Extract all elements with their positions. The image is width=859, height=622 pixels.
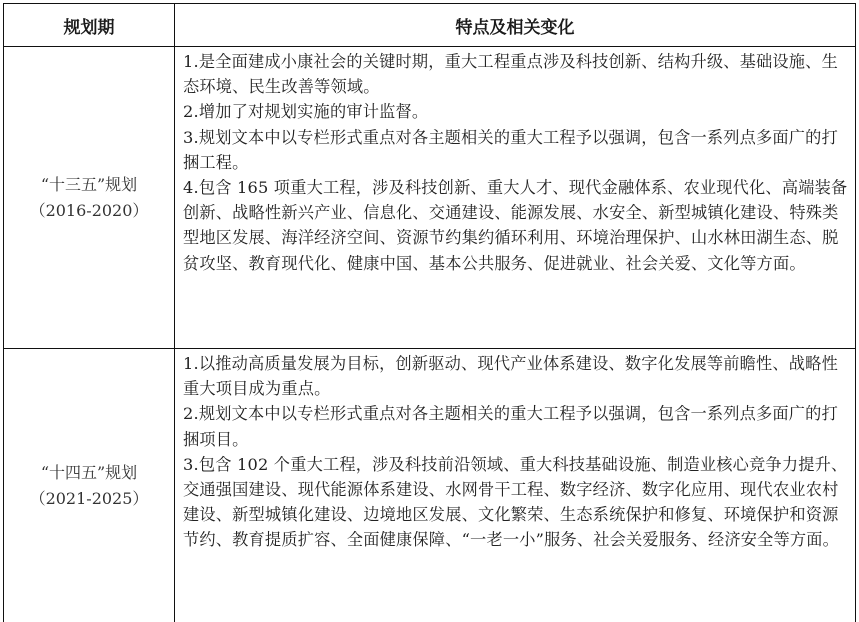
feature-item: 2.增加了对规划实施的审计监督。: [183, 99, 849, 124]
period-cell: “十三五”规划 （2016-2020）: [4, 47, 175, 349]
feature-item: 2.规划文本中以专栏形式重点对各主题相关的重大工程予以强调，包含一系列点多面广的…: [183, 401, 849, 451]
header-row: 规划期 特点及相关变化: [4, 4, 856, 47]
features-cell: 1.以推动高质量发展为目标，创新驱动、现代产业体系建设、数字化发展等前瞻性、战略…: [175, 349, 856, 622]
header-period: 规划期: [4, 4, 175, 47]
feature-item: 3.包含 102 个重大工程，涉及科技前沿领域、重大科技基础设施、制造业核心竞争…: [183, 452, 849, 553]
feature-item: 3.规划文本中以专栏形式重点对各主题相关的重大工程予以强调，包含一系列点多面广的…: [183, 125, 849, 175]
period-years: （2016-2020）: [5, 198, 173, 224]
feature-item: 4.包含 165 项重大工程，涉及科技创新、重大人才、现代金融体系、农业现代化、…: [183, 175, 849, 276]
features-cell: 1.是全面建成小康社会的关键时期，重大工程重点涉及科技创新、结构升级、基础设施、…: [175, 47, 856, 349]
feature-item: 1.以推动高质量发展为目标，创新驱动、现代产业体系建设、数字化发展等前瞻性、战略…: [183, 351, 849, 401]
header-features: 特点及相关变化: [175, 4, 856, 47]
period-name: “十四五”规划: [5, 460, 173, 486]
table-row: “十三五”规划 （2016-2020） 1.是全面建成小康社会的关键时期，重大工…: [4, 47, 856, 349]
feature-item: 1.是全面建成小康社会的关键时期，重大工程重点涉及科技创新、结构升级、基础设施、…: [183, 49, 849, 99]
period-years: （2021-2025）: [5, 486, 173, 512]
period-cell: “十四五”规划 （2021-2025）: [4, 349, 175, 622]
planning-comparison-table: 规划期 特点及相关变化 “十三五”规划 （2016-2020） 1.是全面建成小…: [3, 3, 856, 622]
period-name: “十三五”规划: [5, 172, 173, 198]
table-row: “十四五”规划 （2021-2025） 1.以推动高质量发展为目标，创新驱动、现…: [4, 349, 856, 622]
